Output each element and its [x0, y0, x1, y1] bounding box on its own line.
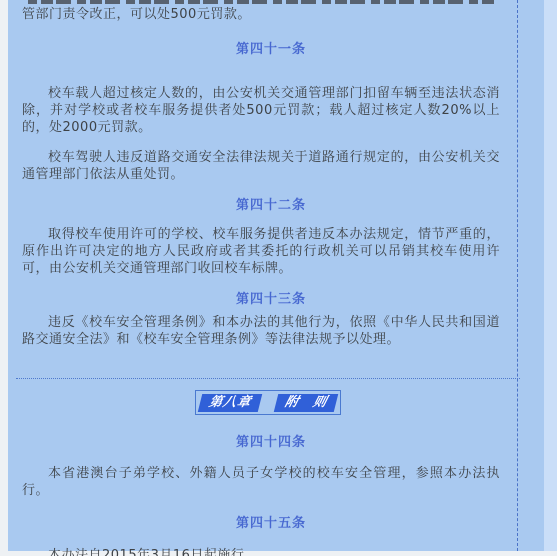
- article-44-heading: 第四十四条: [32, 434, 510, 451]
- article-44-paragraph-1: 本省港澳台子弟学校、外籍人员子女学校的校车安全管理，参照本办法执行。: [22, 465, 500, 499]
- article-43-heading: 第四十三条: [32, 291, 510, 308]
- article-45-paragraph-1: 本办法自2015年3月16日起施行。: [22, 547, 500, 556]
- chapter-number-tag: 第八章: [198, 394, 263, 412]
- page-border-dashed: [517, 0, 518, 551]
- continuation-text: 管部门责令改正，可以处500元罚款。: [22, 6, 500, 23]
- article-43-paragraph-1: 违反《校车安全管理条例》和本办法的其他行为，依照《中华人民共和国道路交通安全法》…: [22, 314, 500, 348]
- article-41-paragraph-1: 校车载人超过核定人数的，由公安机关交通管理部门扣留车辆至违法状态消除，并对学校或…: [22, 85, 500, 136]
- chapter-title-tag: 附 则: [274, 394, 339, 412]
- article-41-paragraph-2: 校车驾驶人违反道路交通安全法律法规关于道路通行规定的，由公安机关交通管理部门依法…: [22, 149, 500, 183]
- article-42-paragraph-1: 取得校车使用许可的学校、校车服务提供者违反本办法规定，情节严重的，原作出许可决定…: [22, 226, 500, 277]
- article-45-heading: 第四十五条: [32, 515, 510, 532]
- section-divider-dotted: [16, 378, 520, 379]
- chapter-badge: 第八章 附 则: [195, 390, 341, 415]
- article-41-heading: 第四十一条: [32, 41, 510, 58]
- clipped-text-line: [28, 0, 496, 4]
- article-content: 管部门责令改正，可以处500元罚款。 第四十一条 校车载人超过核定人数的，由公安…: [22, 0, 500, 556]
- right-margin-strip: [544, 0, 557, 551]
- article-42-heading: 第四十二条: [32, 197, 510, 214]
